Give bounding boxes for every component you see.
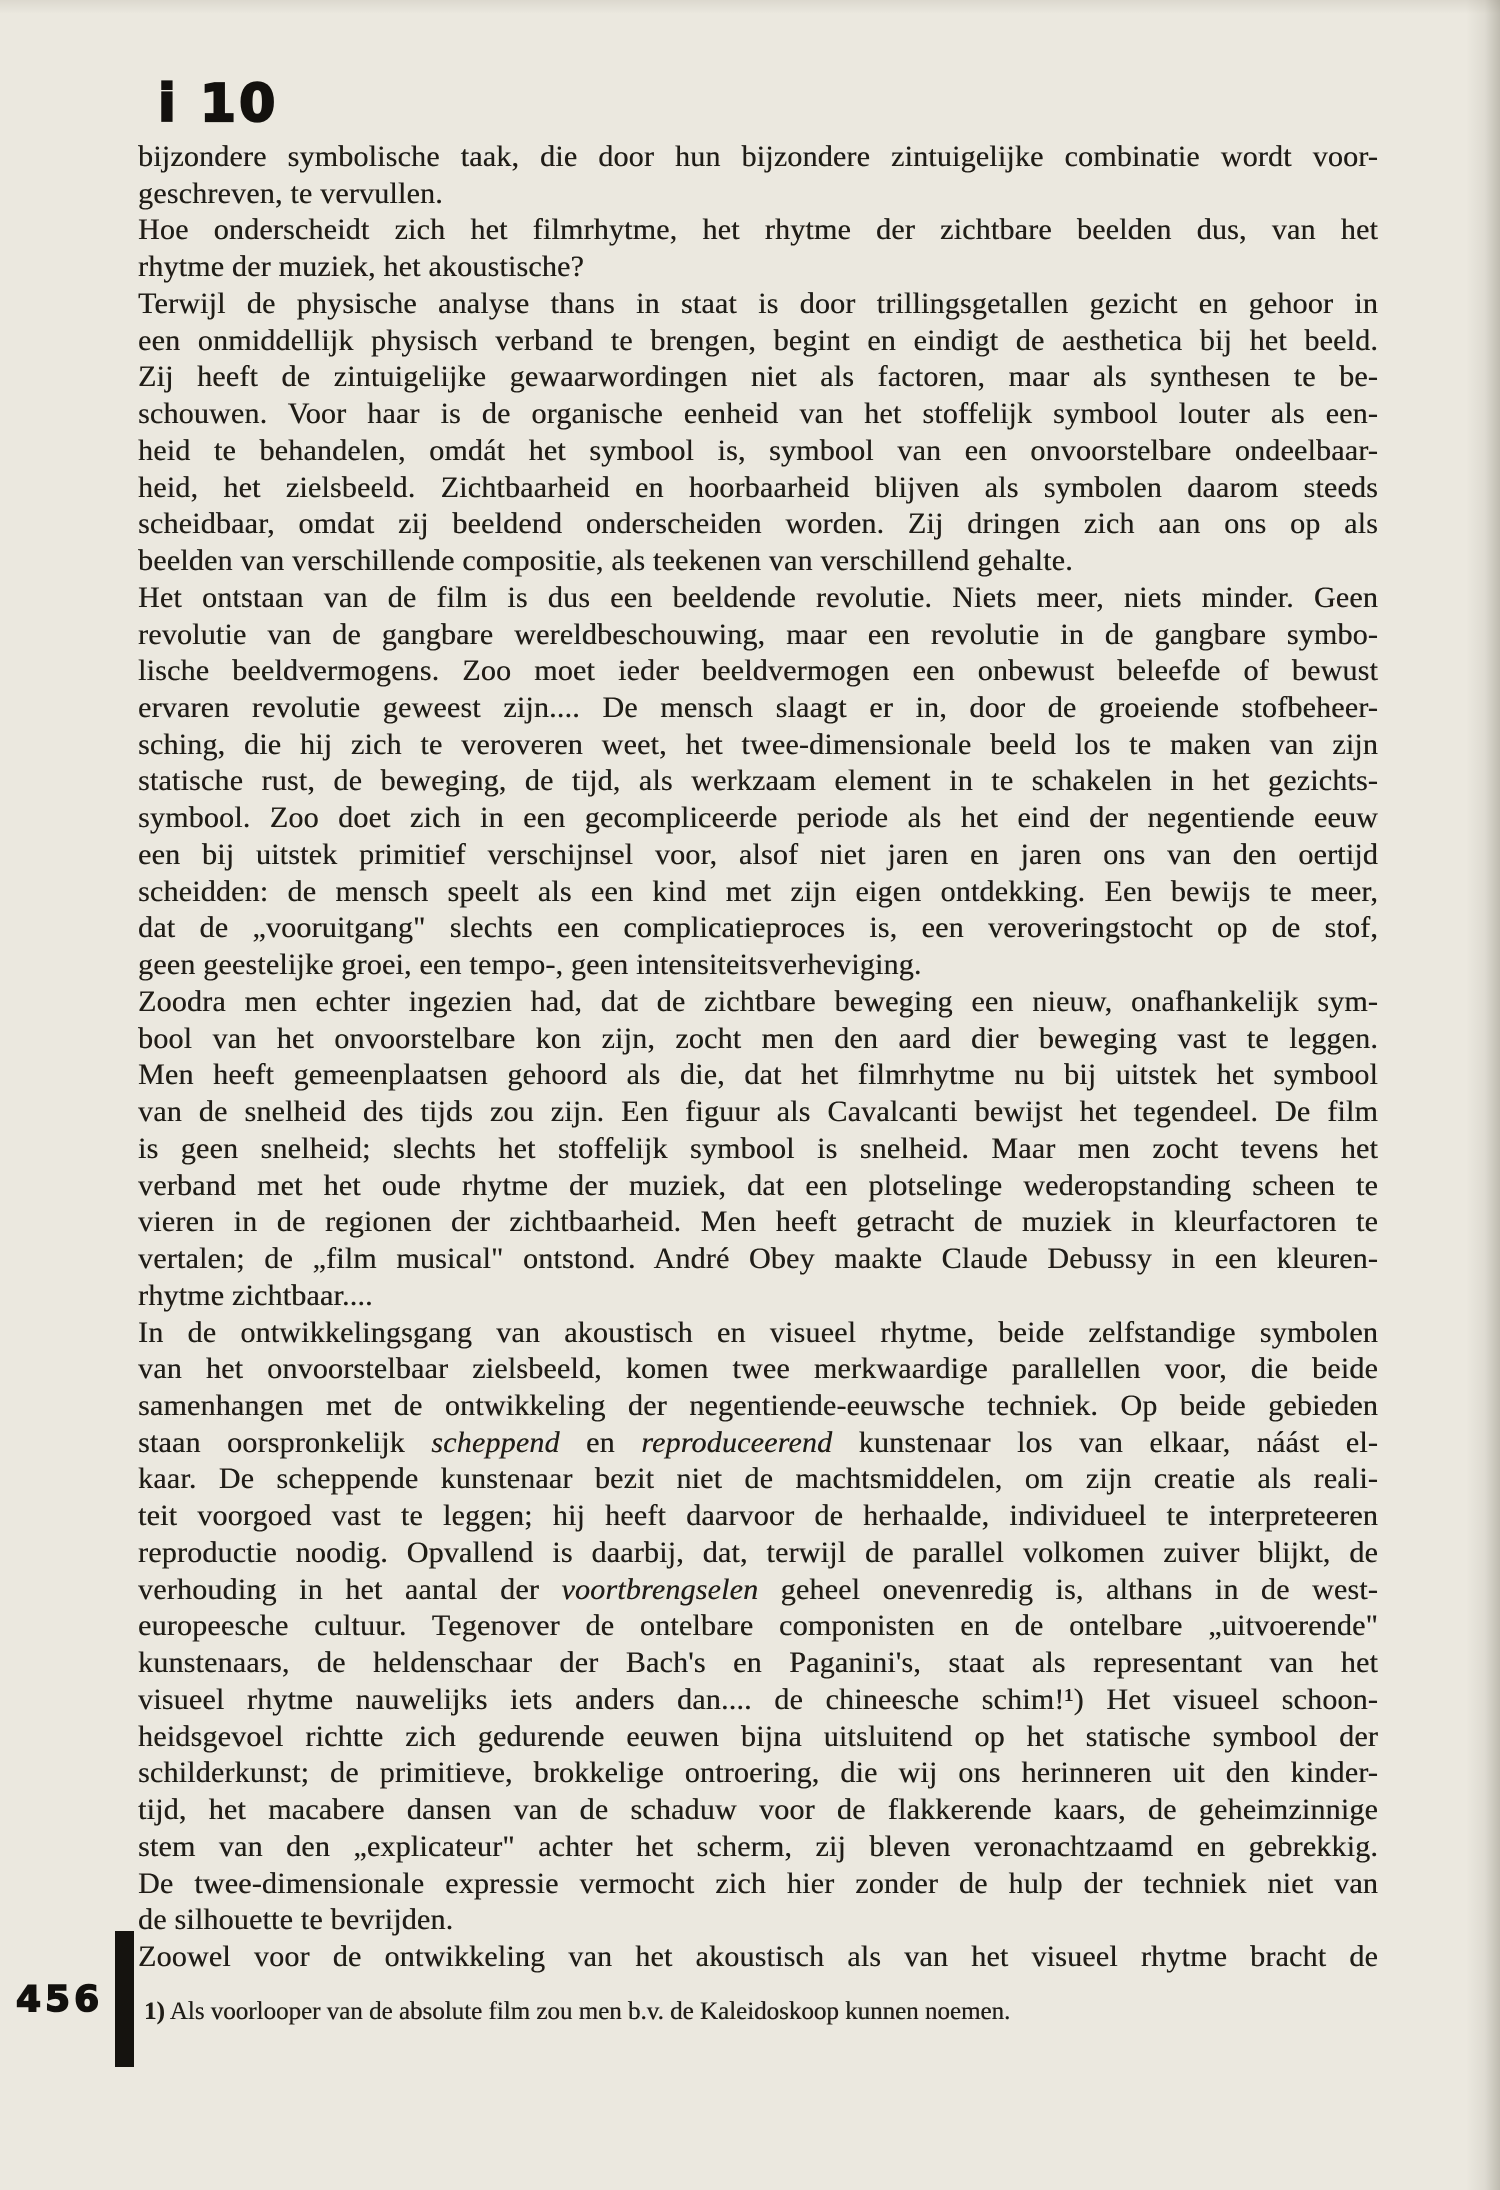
text-line: is geen snelheid; slechts het stoffelijk… <box>138 1131 1378 1168</box>
page-number: 456 <box>16 1982 103 2018</box>
text-line: statische rust, de beweging, de tijd, al… <box>138 763 1378 800</box>
text-line: dat de „vooruitgang" slechts een complic… <box>138 910 1378 947</box>
text-line: europeesche cultuur. Tegenover de ontelb… <box>138 1608 1378 1645</box>
text-line: teit voorgoed vast te leggen; hij heeft … <box>138 1498 1378 1535</box>
text-line: scheidden: de mensch speelt als een kind… <box>138 874 1378 911</box>
text-line: vertalen; de „film musical" ontstond. An… <box>138 1241 1378 1278</box>
text-line: kaar. De scheppende kunstenaar bezit nie… <box>138 1461 1378 1498</box>
text-line: van het onvoorstelbaar zielsbeeld, komen… <box>138 1351 1378 1388</box>
text-line: rhytme der muziek, het akoustische? <box>138 249 1378 286</box>
text-line: staan oorspronkelijk scheppend en reprod… <box>138 1425 1378 1462</box>
footnote: 1) Als voorlooper van de absolute film z… <box>144 1997 1384 2027</box>
text-line: visueel rhytme nauwelijks iets anders da… <box>138 1682 1378 1719</box>
text-line: een onmiddellijk physisch verband te bre… <box>138 323 1378 360</box>
text-line: kunstenaars, de heldenschaar der Bach's … <box>138 1645 1378 1682</box>
text-line: In de ontwikkelingsgang van akoustisch e… <box>138 1315 1378 1352</box>
text-line: heid, het zielsbeeld. Zichtbaarheid en h… <box>138 470 1378 507</box>
text-line: geen geestelijke groei, een tempo-, geen… <box>138 947 1378 984</box>
text-line: Men heeft gemeenplaatsen gehoord als die… <box>138 1057 1378 1094</box>
text-line: een bij uitstek primitief verschijnsel v… <box>138 837 1378 874</box>
text-line: van de snelheid des tijds zou zijn. Een … <box>138 1094 1378 1131</box>
text-line: rhytme zichtbaar.... <box>138 1278 1378 1315</box>
text-line: Hoe onderscheidt zich het filmrhytme, he… <box>138 212 1378 249</box>
text-line: reproductie noodig. Opvallend is daarbij… <box>138 1535 1378 1572</box>
text-line: heidsgevoel richtte zich gedurende eeuwe… <box>138 1719 1378 1756</box>
text-line: Zoodra men echter ingezien had, dat de z… <box>138 984 1378 1021</box>
text-line: bijzondere symbolische taak, die door hu… <box>138 139 1378 176</box>
text-line: scheidbaar, omdat zij beeldend ondersche… <box>138 506 1378 543</box>
text-line: revolutie van de gangbare wereldbeschouw… <box>138 617 1378 654</box>
footnote-marker: 1) <box>144 1998 165 2025</box>
text-line: De twee-dimensionale expressie vermocht … <box>138 1866 1378 1903</box>
text-line: geschreven, te vervullen. <box>138 176 1378 213</box>
text-line: tijd, het macabere dansen van de schaduw… <box>138 1792 1378 1829</box>
text-line: schouwen. Voor haar is de organische een… <box>138 396 1378 433</box>
body-text: bijzondere symbolische taak, die door hu… <box>138 139 1378 1976</box>
text-line: Zoowel voor de ontwikkeling van het akou… <box>138 1939 1378 1976</box>
scan-shadow-right <box>1466 0 1500 2190</box>
text-line: Zij heeft de zintuigelijke gewaarwording… <box>138 359 1378 396</box>
text-line: samenhangen met de ontwikkeling der nege… <box>138 1388 1378 1425</box>
text-line: verband met het oude rhytme der muziek, … <box>138 1168 1378 1205</box>
text-line: stem van den „explicateur" achter het sc… <box>138 1829 1378 1866</box>
text-line: sching, die hij zich te veroveren weet, … <box>138 727 1378 764</box>
text-line: schilderkunst; de primitieve, brokkelige… <box>138 1755 1378 1792</box>
text-line: lische beeldvermogens. Zoo moet ieder be… <box>138 653 1378 690</box>
text-line: vieren in de regionen der zichtbaarheid.… <box>138 1204 1378 1241</box>
text-line: Het ontstaan van de film is dus een beel… <box>138 580 1378 617</box>
text-line: bool van het onvoorstelbare kon zijn, zo… <box>138 1021 1378 1058</box>
scan-shadow-top <box>0 0 1500 14</box>
text-line: ervaren revolutie geweest zijn.... De me… <box>138 690 1378 727</box>
scanned-page: i 10 bijzondere symbolische taak, die do… <box>0 0 1500 2190</box>
magazine-masthead: i 10 <box>158 78 278 130</box>
text-line: symbool. Zoo doet zich in een gecomplice… <box>138 800 1378 837</box>
text-line: verhouding in het aantal der voortbrengs… <box>138 1572 1378 1609</box>
text-line: Terwijl de physische analyse thans in st… <box>138 286 1378 323</box>
text-line: heid te behandelen, omdát het symbool is… <box>138 433 1378 470</box>
text-line: beelden van verschillende compositie, al… <box>138 543 1378 580</box>
side-rule <box>115 1931 134 2067</box>
footnote-text: Als voorlooper van de absolute film zou … <box>165 1998 1010 2025</box>
text-line: de silhouette te bevrijden. <box>138 1902 1378 1939</box>
